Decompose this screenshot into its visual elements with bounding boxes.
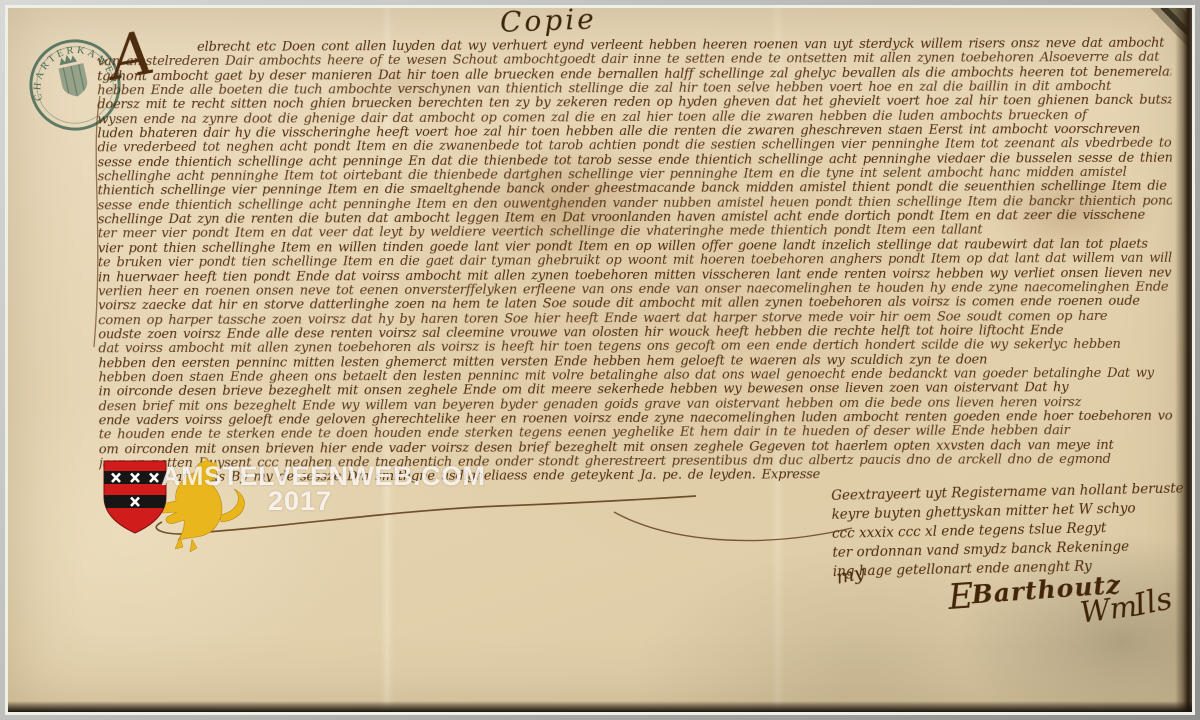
parchment-right-edge-shadow [1175,8,1192,712]
shield-icon [100,461,170,533]
parchment-bottom-edge-shadow [8,701,1192,712]
watermark-year: 2017 [268,486,332,517]
monogram-wm: Wm [1078,589,1139,630]
manuscript-body: elbrecht etc Doen cont allen luyden dat … [97,37,1173,486]
photograph-of-charter: CHARTERKAMER Copie A elbrecht etc Doen c… [0,0,1200,720]
signature-flourish: E [947,576,973,618]
ink-flourish-lead [608,498,858,553]
copie-heading: Copie [499,2,597,38]
extract-annotation: Geextrayeert uyt Registername van hollan… [831,479,1200,582]
